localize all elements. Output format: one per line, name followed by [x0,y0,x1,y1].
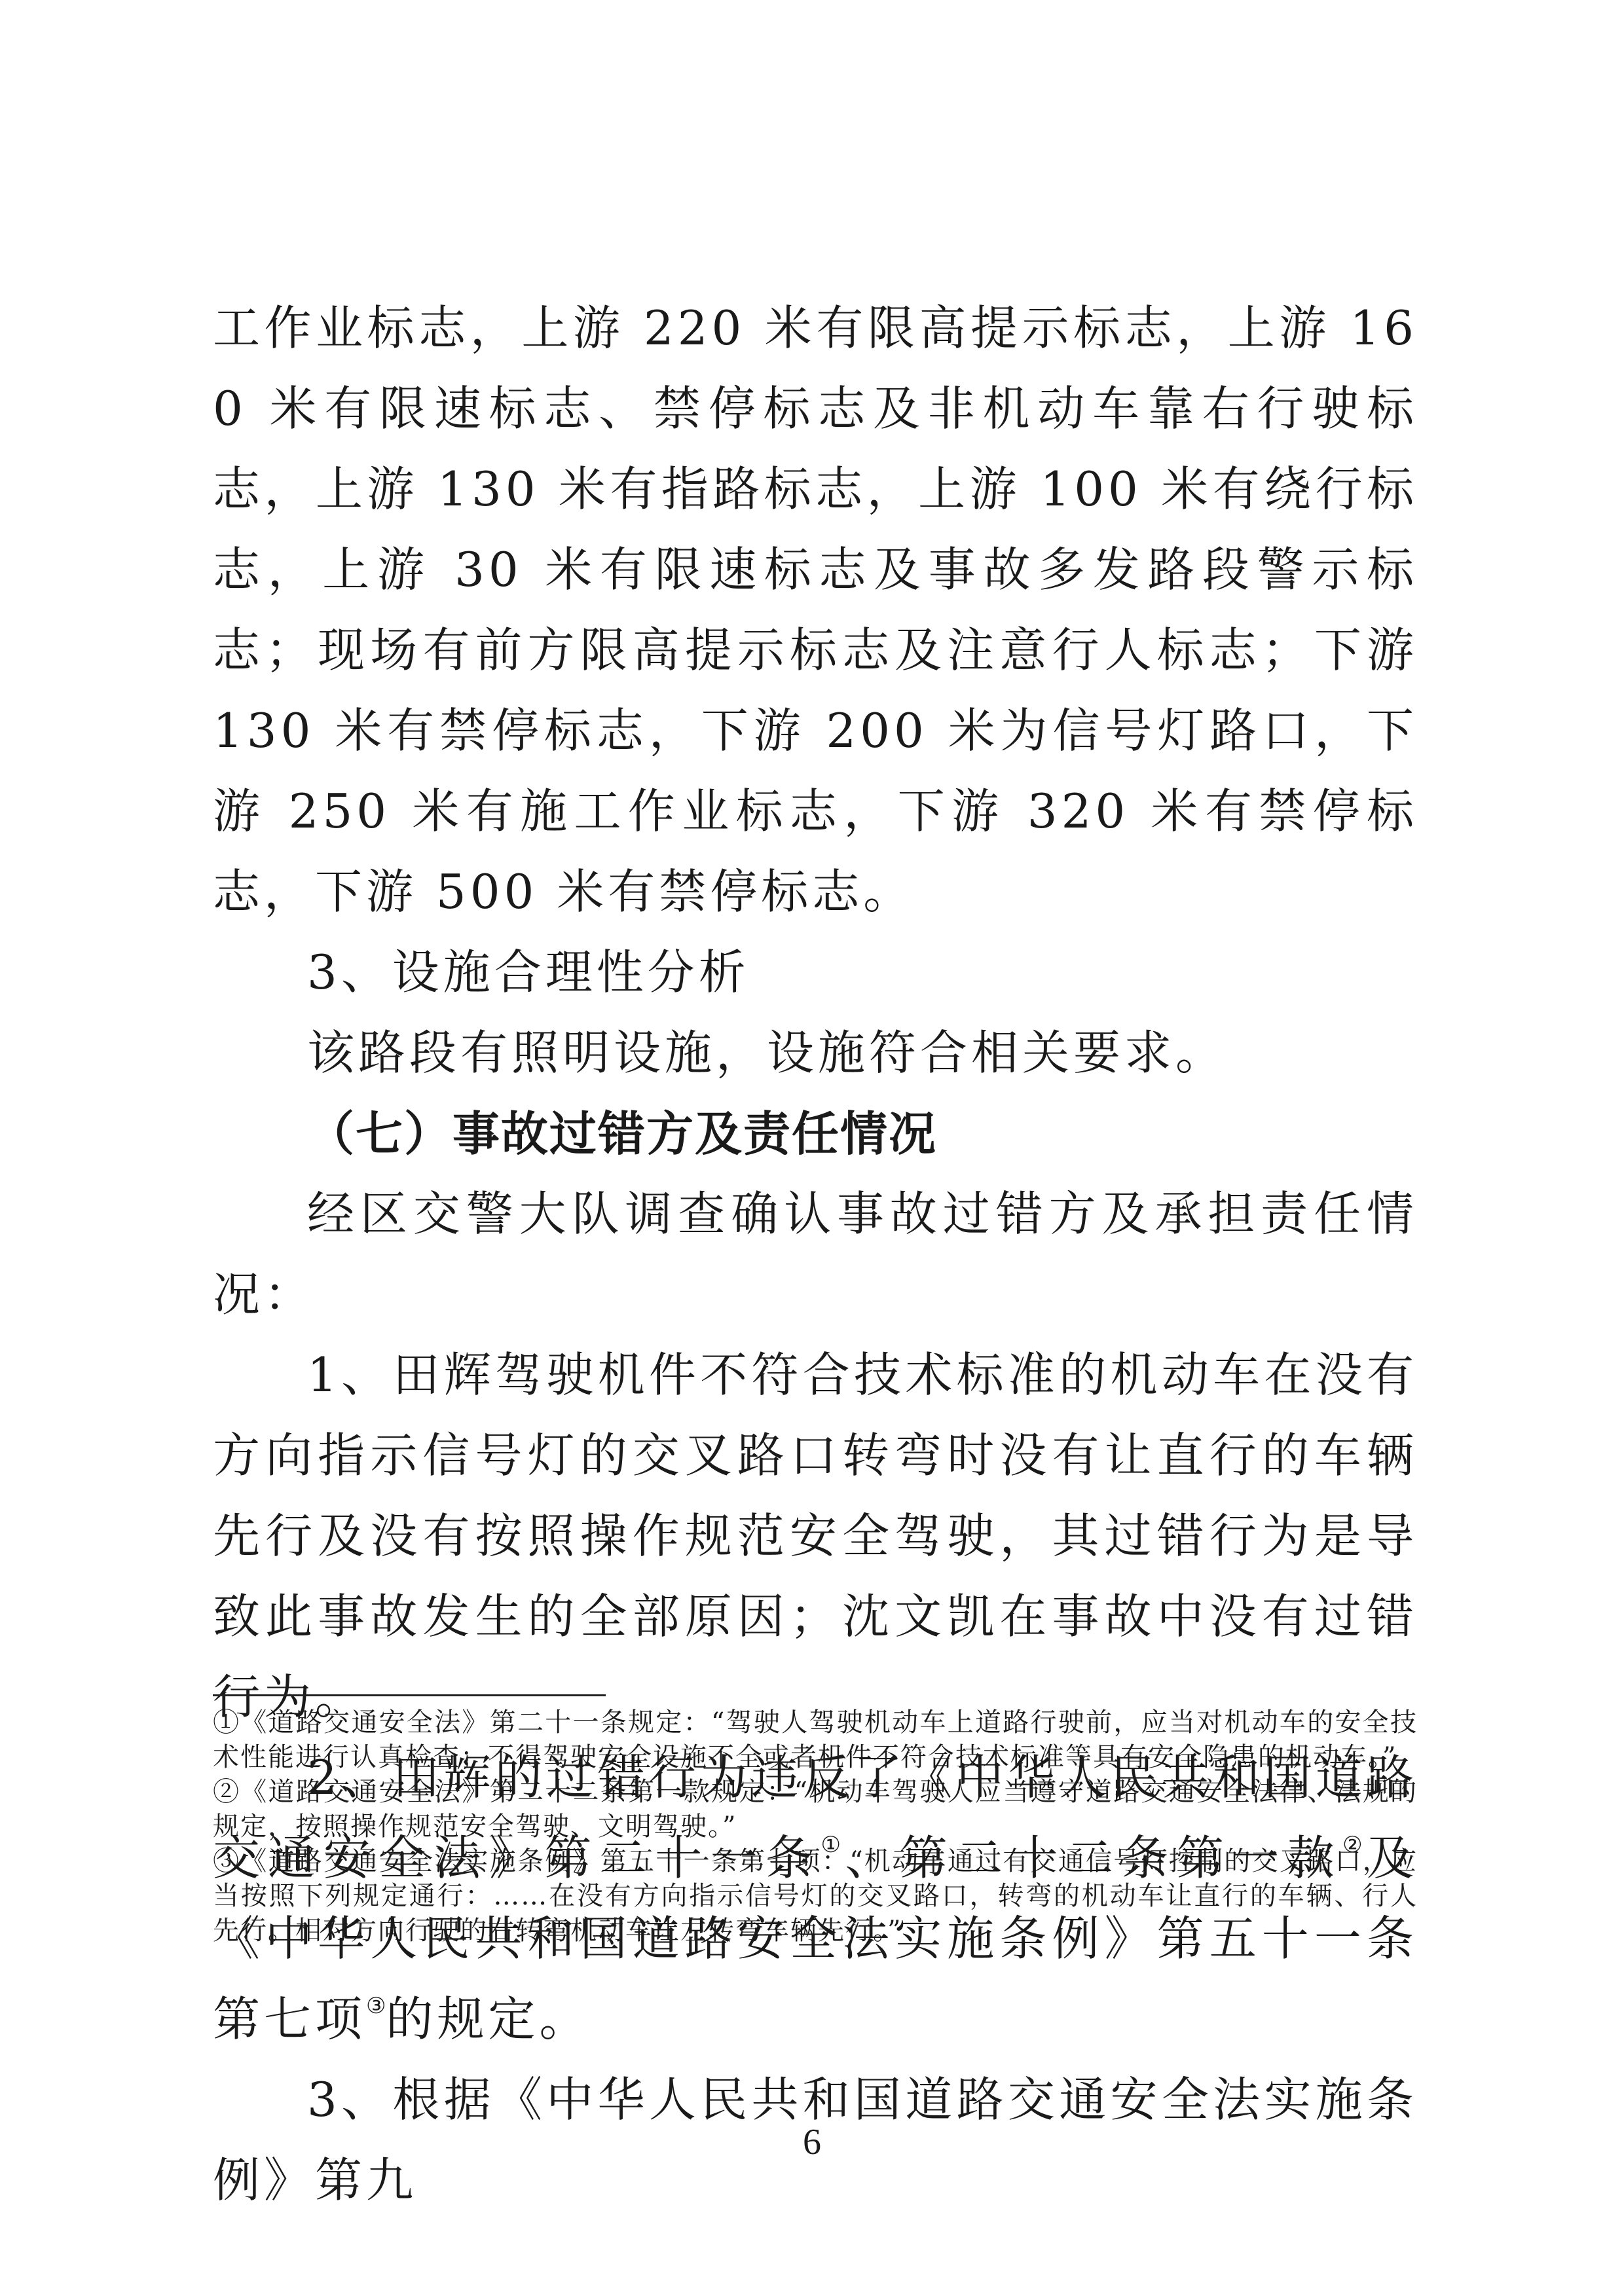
footnote-marker-3: ③ [213,1846,240,1876]
footnote-ref-3[interactable]: ③ [366,1993,386,2019]
footnote-divider [213,1694,606,1696]
footnote-1: ①《道路交通安全法》第二十一条规定：“驾驶人驾驶机动车上道路行驶前，应当对机动车… [213,1705,1418,1775]
footnote-2: ②《道路交通安全法》第二十二条第一款规定：“机动车驾驶人应当遵守道路交通安全法律… [213,1775,1418,1844]
footnote-text-2: 《道路交通安全法》第二十二条第一款规定：“机动车驾驶人应当遵守道路交通安全法律、… [213,1777,1418,1842]
footnote-3: ③《道路交通安全法实施条例》第五十一条第七项：“机动车通过有交通信号灯控制的交叉… [213,1844,1418,1948]
subheading-facility-analysis: 3、设施合理性分析 [213,932,1418,1013]
footnote-marker-2: ② [213,1777,240,1807]
paragraph-facility-analysis: 该路段有照明设施，设施符合相关要求。 [213,1013,1418,1093]
footnote-text-3: 《道路交通安全法实施条例》第五十一条第七项：“机动车通过有交通信号灯控制的交叉路… [213,1846,1418,1946]
item-2-part-4: 的规定。 [386,1992,591,2047]
page-number: 6 [0,2121,1624,2163]
paragraph-signs-continuation: 工作业标志，上游 220 米有限高提示标志，上游 160 米有限速标志、禁停标志… [213,288,1418,932]
paragraph-item-1: 1、田辉驾驶机件不符合技术标准的机动车在没有方向指示信号灯的交叉路口转弯时没有让… [213,1335,1418,1738]
paragraph-investigation-intro: 经区交警大队调查确认事故过错方及承担责任情况： [213,1174,1418,1335]
section-heading-fault-responsibility: （七）事故过错方及责任情况 [213,1093,1418,1174]
footnote-text-1: 《道路交通安全法》第二十一条规定：“驾驶人驾驶机动车上道路行驶前，应当对机动车的… [213,1707,1418,1772]
footnote-marker-1: ① [213,1707,240,1738]
footnotes-section: ①《道路交通安全法》第二十一条规定：“驾驶人驾驶机动车上道路行驶前，应当对机动车… [213,1705,1418,1948]
